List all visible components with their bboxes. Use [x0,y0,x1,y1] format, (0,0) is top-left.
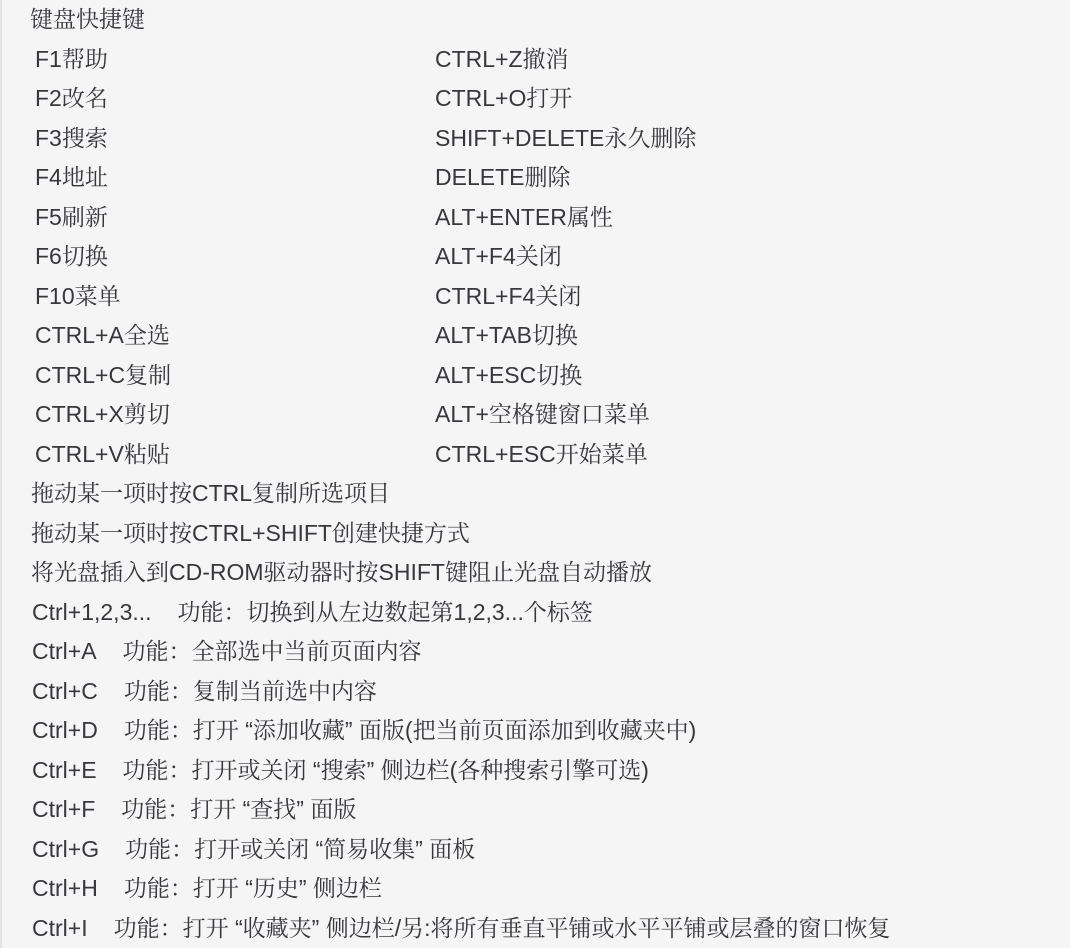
function-key: Ctrl+1,2,3... [32,599,152,625]
shortcut-row: CTRL+V粘贴 CTRL+ESC开始菜单 [2,435,1070,475]
shortcut-row: F5刷新 ALT+ENTER属性 [2,198,1070,238]
shortcut-left: F10菜单 [2,277,435,317]
function-row: Ctrl+D功能：打开 “添加收藏” 面版(把当前页面添加到收藏夹中) [2,711,1070,751]
shortcut-left: F5刷新 [2,198,435,238]
function-key: Ctrl+C [32,678,98,704]
shortcut-right: ALT+ENTER属性 [435,198,613,238]
shortcut-left: CTRL+C复制 [2,356,435,396]
shortcut-left: CTRL+X剪切 [2,395,435,435]
shortcut-right: ALT+F4关闭 [435,237,562,277]
function-desc: 功能：打开 “添加收藏” 面版(把当前页面添加到收藏夹中) [124,717,696,743]
shortcut-left: F3搜索 [2,119,435,159]
tip-line: 将光盘插入到CD-ROM驱动器时按SHIFT键阻止光盘自动播放 [2,553,1070,593]
shortcut-row: F4地址 DELETE删除 [2,158,1070,198]
function-key: Ctrl+G [32,836,99,862]
shortcut-right: CTRL+O打开 [435,79,572,119]
shortcut-right: CTRL+F4关闭 [435,277,581,317]
tip-line: 拖动某一项时按CTRL复制所选项目 [2,474,1070,514]
function-key: Ctrl+E [32,757,97,783]
function-key: Ctrl+H [32,875,98,901]
shortcut-left: CTRL+V粘贴 [2,435,435,475]
shortcut-left: F4地址 [2,158,435,198]
shortcut-row: F10菜单 CTRL+F4关闭 [2,277,1070,317]
shortcut-left: F1帮助 [2,40,435,80]
function-row: Ctrl+1,2,3...功能：切换到从左边数起第1,2,3...个标签 [2,593,1070,633]
shortcut-right: SHIFT+DELETE永久删除 [435,119,696,159]
function-key: Ctrl+I [32,915,88,941]
function-key: Ctrl+F [32,796,95,822]
shortcut-row: CTRL+C复制 ALT+ESC切换 [2,356,1070,396]
shortcut-row: F2改名 CTRL+O打开 [2,79,1070,119]
function-desc: 功能：打开 “查找” 面版 [121,796,356,822]
shortcut-row: CTRL+A全选 ALT+TAB切换 [2,316,1070,356]
function-desc: 功能：打开 “历史” 侧边栏 [124,875,382,901]
shortcut-right: DELETE删除 [435,158,570,198]
function-row: Ctrl+H功能：打开 “历史” 侧边栏 [2,869,1070,909]
function-row: Ctrl+G功能：打开或关闭 “简易收集” 面板 [2,830,1070,870]
shortcut-right: ALT+空格键窗口菜单 [435,395,650,435]
shortcut-row: F1帮助 CTRL+Z撤消 [2,40,1070,80]
function-desc: 功能：打开 “收藏夹” 侧边栏/另:将所有垂直平铺或水平平铺或层叠的窗口恢复 [114,915,891,941]
function-desc: 功能：复制当前选中内容 [124,678,377,704]
shortcut-row: CTRL+X剪切 ALT+空格键窗口菜单 [2,395,1070,435]
shortcut-right: ALT+TAB切换 [435,316,578,356]
function-desc: 功能：全部选中当前页面内容 [123,638,422,664]
shortcut-row: F6切换 ALT+F4关闭 [2,237,1070,277]
function-key: Ctrl+D [32,717,98,743]
shortcut-left: F2改名 [2,79,435,119]
page-title: 键盘快捷键 [2,0,1070,40]
shortcut-right: CTRL+Z撤消 [435,40,569,80]
keyboard-shortcuts-document: 键盘快捷键 F1帮助 CTRL+Z撤消 F2改名 CTRL+O打开 F3搜索 S… [0,0,1070,948]
function-row: Ctrl+I功能：打开 “收藏夹” 侧边栏/另:将所有垂直平铺或水平平铺或层叠的… [2,909,1070,948]
function-row: Ctrl+C功能：复制当前选中内容 [2,672,1070,712]
shortcut-right: CTRL+ESC开始菜单 [435,435,648,475]
shortcut-left: F6切换 [2,237,435,277]
function-row: Ctrl+A功能：全部选中当前页面内容 [2,632,1070,672]
function-key: Ctrl+A [32,638,97,664]
function-desc: 功能：打开或关闭 “搜索” 侧边栏(各种搜索引擎可选) [123,757,649,783]
shortcut-left: CTRL+A全选 [2,316,435,356]
function-desc: 功能：打开或关闭 “简易收集” 面板 [125,836,475,862]
shortcut-row: F3搜索 SHIFT+DELETE永久删除 [2,119,1070,159]
shortcut-right: ALT+ESC切换 [435,356,582,396]
function-row: Ctrl+E功能：打开或关闭 “搜索” 侧边栏(各种搜索引擎可选) [2,751,1070,791]
function-desc: 功能：切换到从左边数起第1,2,3...个标签 [178,599,593,625]
function-row: Ctrl+F功能：打开 “查找” 面版 [2,790,1070,830]
tip-line: 拖动某一项时按CTRL+SHIFT创建快捷方式 [2,514,1070,554]
